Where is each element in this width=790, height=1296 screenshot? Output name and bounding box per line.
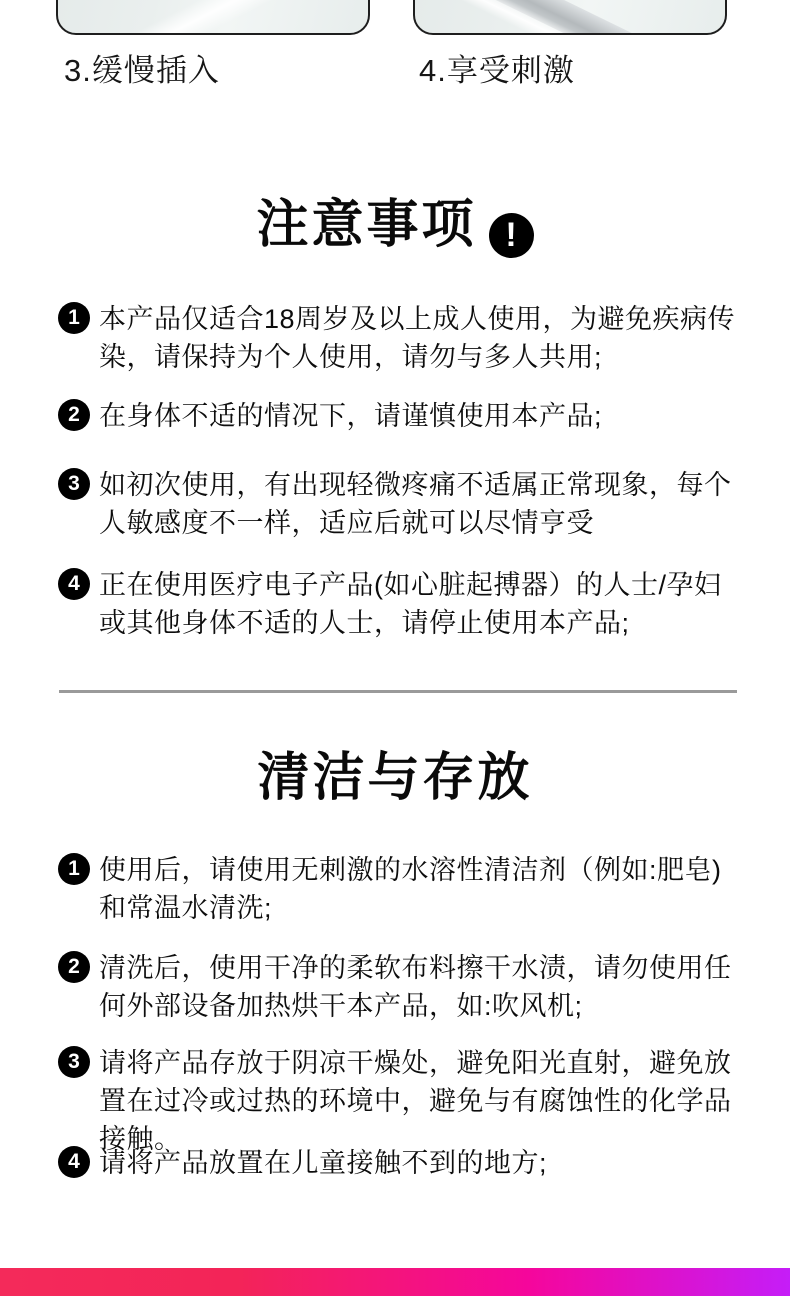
list-item-text: 请将产品放置在儿童接触不到的地方; <box>99 1144 747 1182</box>
list-item-text: 请将产品存放于阴凉干燥处，避免阳光直射，避免放置在过冷或过热的环境中，避免与有腐… <box>99 1044 747 1158</box>
figure-caption-step4: 4.享受刺激 <box>419 45 575 90</box>
number-badge: 2 <box>58 951 90 983</box>
figure-image-step3 <box>56 0 370 35</box>
number-badge: 2 <box>58 399 90 431</box>
number-badge: 4 <box>58 568 90 600</box>
product-detail-page: 3.缓慢插入 4.享受刺激 注意事项! 1 本产品仅适合18周岁及以上成人使用，… <box>0 0 790 1296</box>
number-badge: 3 <box>58 1046 90 1078</box>
list-item: 1 使用后，请使用无刺激的水溶性清洁剂（例如:肥皂)和常温水清洗; <box>58 851 748 927</box>
list-item-text: 清洗后，使用干净的柔软布料擦干水渍，请勿使用任何外部设备加热烘干本产品，如:吹风… <box>99 949 747 1025</box>
section-title-precautions: 注意事项! <box>0 197 790 258</box>
figure-caption-step3: 3.缓慢插入 <box>64 45 220 90</box>
footer-gradient-bar <box>0 1268 790 1296</box>
number-badge: 1 <box>58 302 90 334</box>
list-item: 1 本产品仅适合18周岁及以上成人使用，为避免疾病传染，请保持为个人使用，请勿与… <box>58 300 748 376</box>
list-item-text: 使用后，请使用无刺激的水溶性清洁剂（例如:肥皂)和常温水清洗; <box>99 851 747 927</box>
list-item: 2 清洗后，使用干净的柔软布料擦干水渍，请勿使用任何外部设备加热烘干本产品，如:… <box>58 949 748 1025</box>
list-item-text: 如初次使用，有出现轻微疼痛不适属正常现象，每个人敏感度不一样，适应后就可以尽情亨… <box>99 466 747 542</box>
figure-image-step4 <box>413 0 727 35</box>
list-item-text: 正在使用医疗电子产品(如心脏起搏器）的人士/孕妇或其他身体不适的人士，请停止使用… <box>99 566 747 642</box>
list-item: 4 正在使用医疗电子产品(如心脏起搏器）的人士/孕妇或其他身体不适的人士，请停止… <box>58 566 748 642</box>
list-item: 4 请将产品放置在儿童接触不到的地方; <box>58 1144 748 1182</box>
list-item: 3 如初次使用，有出现轻微疼痛不适属正常现象，每个人敏感度不一样，适应后就可以尽… <box>58 466 748 542</box>
section-title-cleaning-storage: 清洁与存放 <box>0 750 790 806</box>
number-badge: 3 <box>58 468 90 500</box>
section-title-text: 清洁与存放 <box>257 749 532 807</box>
exclamation-circle-icon: ! <box>489 213 534 258</box>
number-badge: 1 <box>58 853 90 885</box>
list-item-text: 本产品仅适合18周岁及以上成人使用，为避免疾病传染，请保持为个人使用，请勿与多人… <box>99 300 747 376</box>
list-item: 3 请将产品存放于阴凉干燥处，避免阳光直射，避免放置在过冷或过热的环境中，避免与… <box>58 1044 748 1158</box>
section-title-text: 注意事项 <box>256 196 476 254</box>
glare-highlight <box>56 0 370 35</box>
list-item: 2 在身体不适的情况下，请谨慎使用本产品; <box>58 397 748 435</box>
list-item-text: 在身体不适的情况下，请谨慎使用本产品; <box>99 397 747 435</box>
section-divider <box>59 690 737 693</box>
number-badge: 4 <box>58 1146 90 1178</box>
